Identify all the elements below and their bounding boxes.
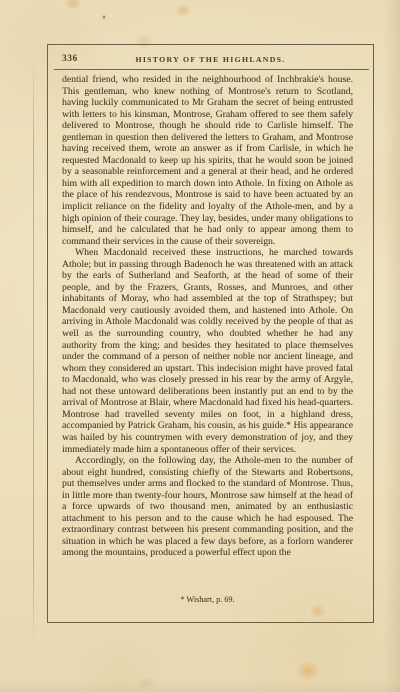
paper-stain: [296, 660, 320, 682]
page-gutter-edge: [33, 52, 34, 652]
page-edge-shadow: [384, 0, 400, 692]
page-header: 336 HISTORY OF THE HIGHLANDS.: [62, 54, 359, 68]
body-text-block: dential friend, who resided in the neigh…: [62, 74, 353, 559]
paper-stain: [64, 0, 82, 10]
book-page: 336 HISTORY OF THE HIGHLANDS. dential fr…: [0, 0, 400, 692]
page-edge-shadow: [0, 680, 400, 692]
footnote: * Wishart, p. 69.: [62, 595, 353, 604]
running-title: HISTORY OF THE HIGHLANDS.: [62, 55, 359, 64]
header-divider: [54, 69, 369, 70]
page-border-frame: 336 HISTORY OF THE HIGHLANDS. dential fr…: [47, 44, 374, 623]
paragraph: When Macdonald received these instructio…: [62, 247, 353, 455]
paper-stain: [175, 4, 191, 17]
paper-speck: [102, 15, 106, 19]
paragraph: Accordingly, on the following day, the A…: [62, 455, 353, 559]
paragraph: dential friend, who resided in the neigh…: [62, 74, 353, 247]
